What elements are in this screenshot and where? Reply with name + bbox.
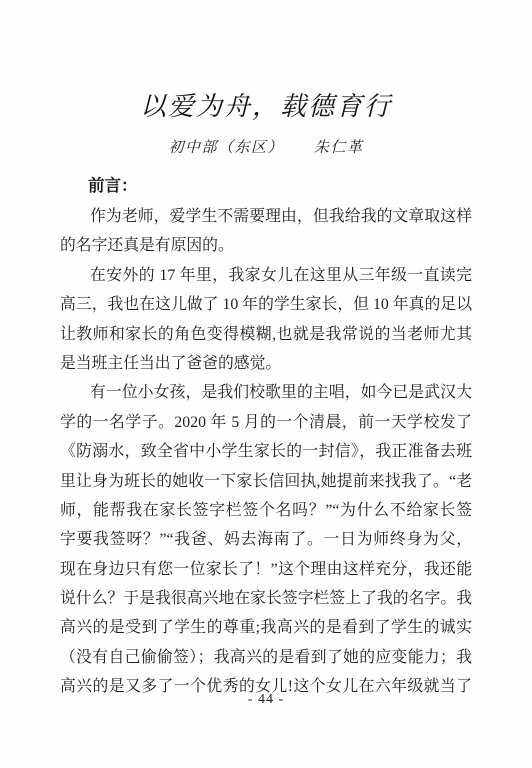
body-line: 说什么？于是我很高兴地在家长签字栏签上了我的名字。我 bbox=[60, 584, 472, 613]
page-number: - 44 - bbox=[0, 692, 532, 708]
document-body: 作为老师，爱学生不需要理由，但我给我的文章取这样 的名字还真是有原因的。 在安外… bbox=[60, 202, 472, 702]
paragraph: 在安外的 17 年里，我家女儿在这里从三年级一直读完 高三，我也在这儿做了 10… bbox=[60, 261, 472, 379]
paragraph: 有一位小女孩，是我们校歌里的主唱，如今已是武汉大 学的一名学子。2020 年 5… bbox=[60, 378, 472, 701]
paragraph: 作为老师，爱学生不需要理由，但我给我的文章取这样 的名字还真是有原因的。 bbox=[60, 202, 472, 261]
body-line: 现在身边只有您一位家长了！”这个理由这样充分，我还能 bbox=[60, 555, 472, 584]
body-line: （没有自己偷偷签）；我高兴的是看到了她的应变能力；我 bbox=[60, 643, 472, 672]
document-page: 以爱为舟，载德育行 初中部（东区） 朱仁革 前言： 作为老师，爱学生不需要理由，… bbox=[0, 0, 532, 768]
preface-heading: 前言： bbox=[60, 174, 472, 198]
body-line: 是当班主任当出了爸爸的感觉。 bbox=[60, 349, 472, 378]
body-line: 学的一名学子。2020 年 5 月的一个清晨，前一天学校发了 bbox=[60, 408, 472, 437]
body-line: 字要我签呀？”“我爸、妈去海南了。一日为师终身为父， bbox=[60, 525, 472, 554]
document-title: 以爱为舟，载德育行 bbox=[0, 90, 532, 124]
body-line: 让教师和家长的角色变得模糊,也就是我常说的当老师尤其 bbox=[60, 320, 472, 349]
byline-author: 朱仁革 bbox=[314, 137, 364, 159]
body-line: 《防溺水，致全省中小学生家长的一封信》，我正准备去班 bbox=[60, 437, 472, 466]
body-line: 高兴的是受到了学生的尊重;我高兴的是看到了学生的诚实 bbox=[60, 613, 472, 642]
byline: 初中部（东区） 朱仁革 bbox=[0, 137, 532, 159]
body-line: 在安外的 17 年里，我家女儿在这里从三年级一直读完 bbox=[60, 261, 472, 290]
body-line: 里让身为班长的她收一下家长信回执,她提前来找我了。“老 bbox=[60, 467, 472, 496]
body-line: 师，能帮我在家长签字栏签个名吗？”“为什么不给家长签 bbox=[60, 496, 472, 525]
body-line: 的名字还真是有原因的。 bbox=[60, 231, 472, 260]
body-line: 高三，我也在这儿做了 10 年的学生家长，但 10 年真的足以 bbox=[60, 290, 472, 319]
byline-affiliation: 初中部（东区） bbox=[168, 137, 284, 159]
body-line: 有一位小女孩，是我们校歌里的主唱，如今已是武汉大 bbox=[60, 378, 472, 407]
body-line: 作为老师，爱学生不需要理由，但我给我的文章取这样 bbox=[60, 202, 472, 231]
